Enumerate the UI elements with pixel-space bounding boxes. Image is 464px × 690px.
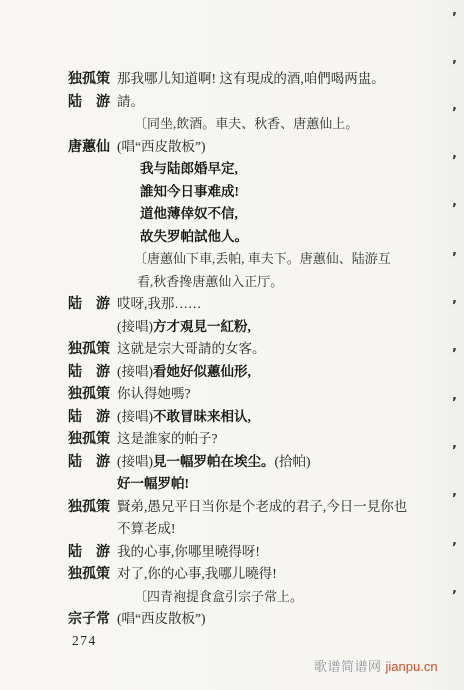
lyric-text: 方才覌見一紅粉, [153, 319, 251, 334]
line-text: 我与陆郎婚早定, [140, 158, 238, 181]
lyric-text: 我与陆郎婚早定, [140, 161, 238, 176]
stage-direction-text: 看,秋香搀唐蕙仙入正厅。 [137, 271, 283, 294]
line-text: 那我哪儿知道啊! 这有現成的酒,咱們喝两盅。 [117, 68, 385, 91]
speaker-name: 独孤策 [68, 564, 117, 587]
lyric-text: 見一幅罗帕在埃尘。 [153, 454, 275, 469]
speaker-name: 陆 游 [68, 452, 117, 475]
script-line: 陆 游(接唱)不敢冒昧来相认, [0, 406, 464, 429]
line-text: 不算老成! [117, 518, 176, 541]
dialogue-text: 請。 [117, 94, 144, 109]
script-line: 〔同坐,飲酒。車夫、秋香、唐蕙仙上。 [0, 113, 464, 136]
stage-direction-text: 〔唐蕙仙下車,丢帕, 車夫下。唐蕙仙、陆游互 [134, 248, 391, 271]
script-line: 独孤策这是誰家的帕子? [0, 428, 464, 451]
dialogue-text: 〔四青袍提食盒引宗子常上。 [134, 589, 303, 604]
line-text: 我的心事,你哪里曉得呀! [117, 541, 260, 564]
lyric-text: 不敢冒昧来相认, [153, 409, 251, 424]
lyric-text: 道他薄倖奴不信, [140, 206, 238, 221]
line-text: (接唱)見一幅罗帕在埃尘。(拾帕) [117, 451, 311, 474]
dialogue-text: 〔唐蕙仙下車,丢帕, 車夫下。唐蕙仙、陆游互 [134, 251, 391, 266]
dialogue-text: (接唱) [117, 319, 153, 334]
scanned-script-page: 独孤策那我哪儿知道啊! 这有現成的酒,咱們喝两盅。陆 游請。〔同坐,飲酒。車夫、… [0, 0, 464, 690]
dialogue-text: (接唱) [117, 409, 153, 424]
line-text: (唱“西皮散板”) [117, 136, 205, 159]
line-text: 对了,你的心事,我哪儿曉得! [117, 563, 277, 586]
stage-direction-text: 〔四青袍提食盒引宗子常上。 [134, 586, 303, 609]
speaker-name: 唐蕙仙 [68, 137, 117, 160]
script-line: 看,秋香搀唐蕙仙入正厅。 [0, 271, 464, 294]
line-text: (唱“西皮散板”) [117, 608, 205, 631]
line-text: 道他薄倖奴不信, [140, 203, 238, 226]
line-text: 誰知今日事难成! [140, 181, 239, 204]
script-line: 独孤策賢弟,愚兄平日当你是个老成的君子,今日一見你也 [0, 496, 464, 519]
speaker-name: 陆 游 [68, 407, 117, 430]
lyric-text: 故失罗帕試他人。 [140, 229, 248, 244]
script-line: 故失罗帕試他人。 [0, 226, 464, 249]
lyric-text: 好一幅罗帕! [117, 476, 189, 491]
line-text: 哎呀,我那…… [117, 293, 201, 316]
dialogue-text: 你认得她嗎? [117, 386, 191, 401]
script-line: 好一幅罗帕! [0, 473, 464, 496]
script-line: 陆 游哎呀,我那…… [0, 293, 464, 316]
speaker-name: 独孤策 [68, 429, 117, 452]
dialogue-text: (接唱) [117, 364, 153, 379]
speaker-name: 独孤策 [68, 497, 117, 520]
script-line: 不算老成! [0, 518, 464, 541]
line-text: 賢弟,愚兄平日当你是个老成的君子,今日一見你也 [117, 496, 407, 519]
line-text: 你认得她嗎? [117, 383, 191, 406]
script-line: 陆 游請。 [0, 91, 464, 114]
script-line: 宗子常(唱“西皮散板”) [0, 608, 464, 631]
script-line: 陆 游我的心事,你哪里曉得呀! [0, 541, 464, 564]
line-text: 故失罗帕試他人。 [140, 226, 248, 249]
dialogue-text: 这是誰家的帕子? [117, 431, 218, 446]
lyric-text: 誰知今日事难成! [140, 184, 239, 199]
speaker-name: 陆 游 [68, 362, 117, 385]
watermark-site-url: jianpu.cn [386, 659, 438, 674]
dialogue-text: 这就是宗大哥請的女客。 [117, 341, 266, 356]
speaker-name: 宗子常 [68, 609, 117, 632]
line-text: (接唱)方才覌見一紅粉, [117, 316, 251, 339]
dialogue-text: 〔同坐,飲酒。車夫、秋香、唐蕙仙上。 [134, 116, 358, 131]
line-text: (接唱)不敢冒昧来相认, [117, 406, 251, 429]
line-text: 这是誰家的帕子? [117, 428, 218, 451]
speaker-name: 陆 游 [68, 294, 117, 317]
script-line: 〔唐蕙仙下車,丢帕, 車夫下。唐蕙仙、陆游互 [0, 248, 464, 271]
dialogue-text: 哎呀,我那…… [117, 296, 201, 311]
script-line: 独孤策那我哪儿知道啊! 这有現成的酒,咱們喝两盅。 [0, 68, 464, 91]
dialogue-text: 看,秋香搀唐蕙仙入正厅。 [137, 274, 283, 289]
edge-mark: ’ [452, 12, 457, 25]
speaker-name: 陆 游 [68, 542, 117, 565]
watermark: 歌谱简谱网jianpu.cn [314, 656, 438, 675]
script-line: 我与陆郎婚早定, [0, 158, 464, 181]
dialogue-text: 賢弟,愚兄平日当你是个老成的君子,今日一見你也 [117, 499, 407, 514]
speaker-name: 独孤策 [68, 384, 117, 407]
line-text: 这就是宗大哥請的女客。 [117, 338, 266, 361]
line-text: 請。 [117, 91, 144, 114]
dialogue-text: (拾帕) [275, 454, 311, 469]
stage-direction-text: 〔同坐,飲酒。車夫、秋香、唐蕙仙上。 [134, 113, 358, 136]
dialogue-text: 那我哪儿知道啊! 这有現成的酒,咱們喝两盅。 [117, 71, 385, 86]
script-line: 誰知今日事难成! [0, 181, 464, 204]
script-line: 唐蕙仙(唱“西皮散板”) [0, 136, 464, 159]
script-line: (接唱)方才覌見一紅粉, [0, 316, 464, 339]
script-line: 独孤策这就是宗大哥請的女客。 [0, 338, 464, 361]
speaker-name: 独孤策 [68, 339, 117, 362]
script-line: 〔四青袍提食盒引宗子常上。 [0, 586, 464, 609]
lyric-text: 看她好似蕙仙形, [153, 364, 251, 379]
script-line: 陆 游(接唱)見一幅罗帕在埃尘。(拾帕) [0, 451, 464, 474]
line-text: (接唱)看她好似蕙仙形, [117, 361, 251, 384]
page-number: 274 [72, 633, 97, 649]
speaker-name: 独孤策 [68, 69, 117, 92]
dialogue-text: (接唱) [117, 454, 153, 469]
line-text: 好一幅罗帕! [117, 473, 189, 496]
script-line: 独孤策对了,你的心事,我哪儿曉得! [0, 563, 464, 586]
dialogue-text: 我的心事,你哪里曉得呀! [117, 544, 260, 559]
dialogue-text: 对了,你的心事,我哪儿曉得! [117, 566, 277, 581]
watermark-site-name: 歌谱简谱网 [314, 659, 382, 674]
dialogue-text: (唱“西皮散板”) [117, 139, 205, 154]
script-body: 独孤策那我哪儿知道啊! 这有現成的酒,咱們喝两盅。陆 游請。〔同坐,飲酒。車夫、… [0, 68, 464, 631]
script-line: 独孤策你认得她嗎? [0, 383, 464, 406]
script-line: 陆 游(接唱)看她好似蕙仙形, [0, 361, 464, 384]
dialogue-text: 不算老成! [117, 521, 176, 536]
script-line: 道他薄倖奴不信, [0, 203, 464, 226]
dialogue-text: (唱“西皮散板”) [117, 611, 205, 626]
speaker-name: 陆 游 [68, 92, 117, 115]
